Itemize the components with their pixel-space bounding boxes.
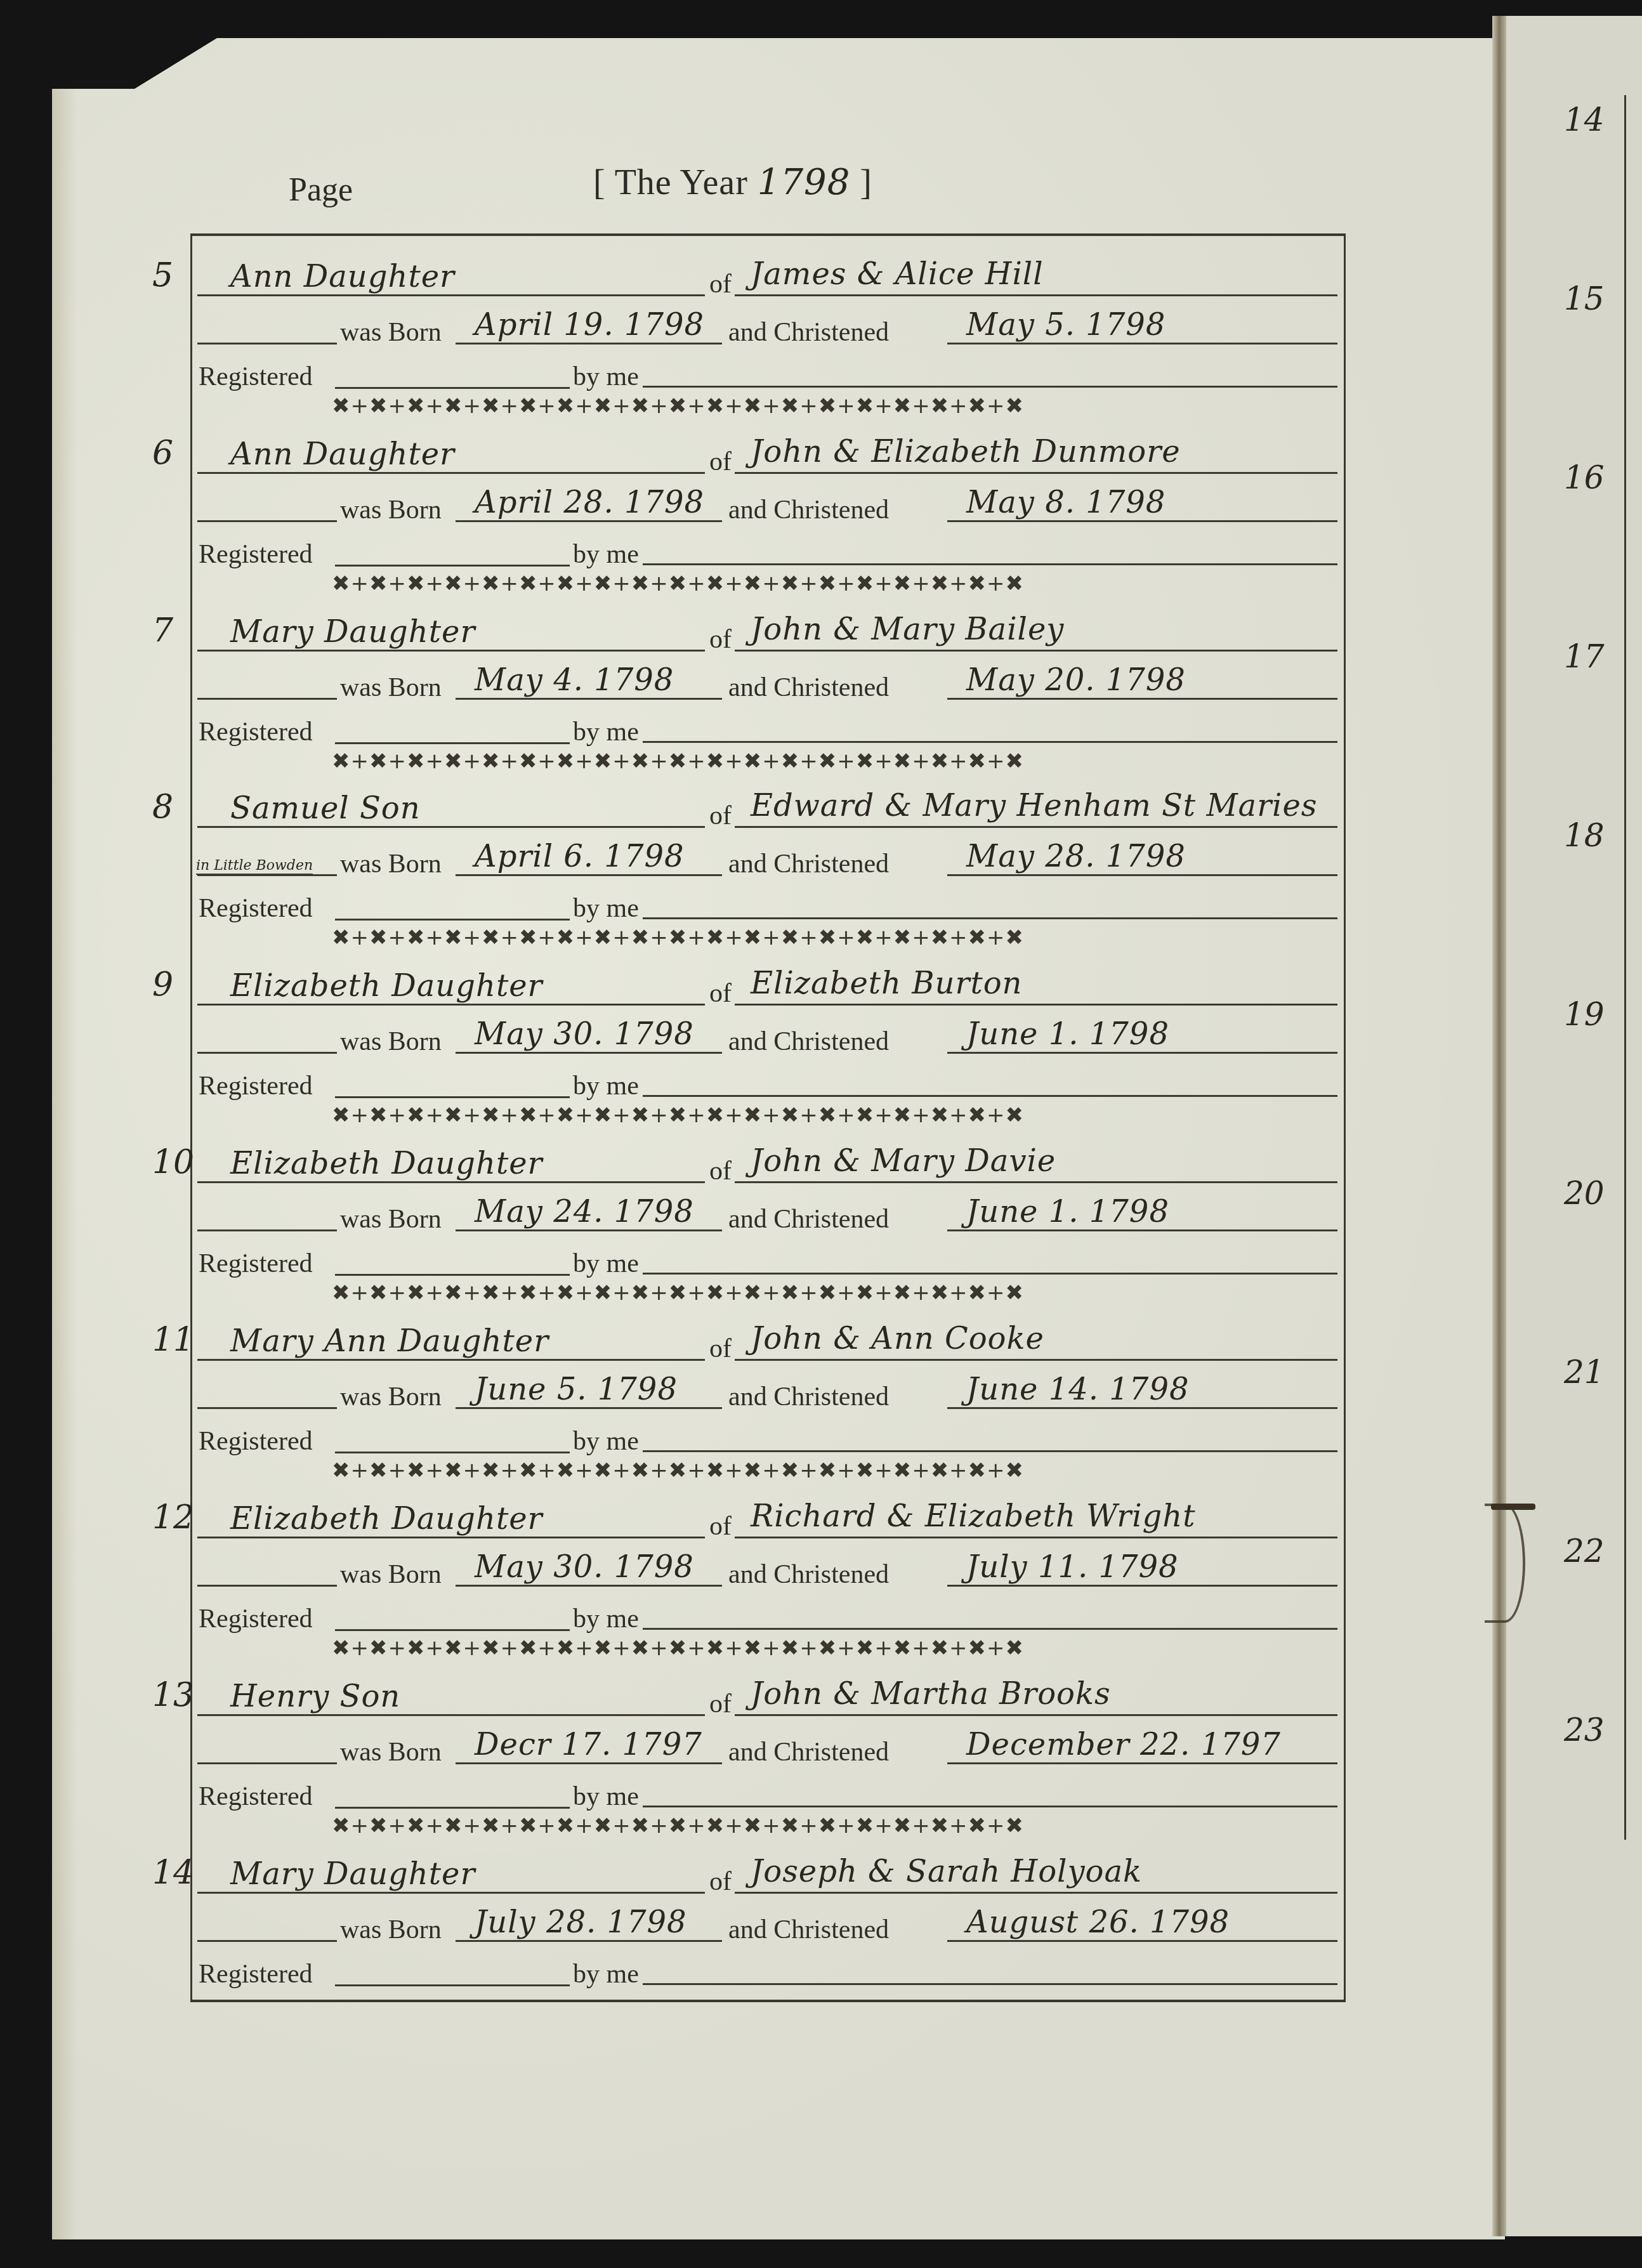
by-me-line bbox=[643, 563, 1337, 565]
registered-label: Registered bbox=[199, 1249, 313, 1279]
child-name: Elizabeth Daughter bbox=[230, 1146, 543, 1181]
christened-label: and Christened bbox=[728, 1737, 889, 1767]
registered-line bbox=[335, 1984, 570, 1986]
parents-name: John & Mary Bailey bbox=[751, 612, 1064, 647]
parents-name: John & Mary Davie bbox=[751, 1143, 1056, 1179]
facing-page-entry-number: 20 bbox=[1564, 1175, 1605, 1212]
register-entry: Ann DaughterofJohn & Elizabeth Dunmorewa… bbox=[192, 414, 1344, 593]
by-me-line bbox=[643, 1806, 1337, 1807]
birth-date: April 6. 1798 bbox=[475, 839, 685, 874]
book-spine bbox=[1492, 16, 1506, 2236]
child-name: Ann Daughter bbox=[230, 436, 455, 472]
christened-label: and Christened bbox=[728, 1382, 889, 1412]
was-born-label: was Born bbox=[340, 1026, 442, 1057]
of-label: of bbox=[709, 624, 732, 655]
parents-name: John & Elizabeth Dunmore bbox=[751, 434, 1181, 469]
registered-line bbox=[335, 565, 570, 567]
facing-page-box-edge bbox=[1624, 95, 1642, 1840]
registered-label: Registered bbox=[199, 362, 313, 392]
by-me-label: by me bbox=[573, 539, 639, 570]
was-born-label: was Born bbox=[340, 1737, 442, 1767]
birth-date: May 4. 1798 bbox=[475, 662, 674, 698]
by-me-line bbox=[643, 1095, 1337, 1097]
child-name: Mary Ann Daughter bbox=[230, 1323, 549, 1359]
christened-label: and Christened bbox=[728, 495, 889, 525]
was-born-label: was Born bbox=[340, 495, 442, 525]
birth-date: May 30. 1798 bbox=[475, 1549, 694, 1585]
facing-page-entry-number: 18 bbox=[1564, 817, 1605, 854]
child-name: Samuel Son bbox=[230, 790, 421, 826]
year-prefix: [ The Year bbox=[593, 163, 748, 202]
birth-date: April 28. 1798 bbox=[475, 485, 704, 520]
christening-date: July 11. 1798 bbox=[966, 1549, 1179, 1585]
birth-date-line bbox=[456, 698, 722, 700]
christening-date: June 1. 1798 bbox=[966, 1016, 1169, 1052]
christened-label: and Christened bbox=[728, 317, 889, 348]
parents-line bbox=[735, 1714, 1337, 1716]
by-me-label: by me bbox=[573, 1781, 639, 1812]
parents-line bbox=[735, 1537, 1337, 1538]
parents-name: Edward & Mary Henham St Maries bbox=[751, 788, 1317, 823]
birth-date-line bbox=[456, 1052, 722, 1054]
child-line bbox=[197, 294, 705, 296]
registered-line bbox=[335, 1274, 570, 1276]
entry-number: 12 bbox=[152, 1498, 194, 1537]
birth-date: June 5. 1798 bbox=[475, 1372, 678, 1407]
by-me-line bbox=[643, 1983, 1337, 1985]
of-label: of bbox=[709, 447, 732, 477]
parents-name: Joseph & Sarah Holyoak bbox=[751, 1854, 1142, 1889]
christening-date-line bbox=[947, 1585, 1337, 1587]
by-me-label: by me bbox=[573, 1959, 639, 1989]
registered-line bbox=[335, 1096, 570, 1098]
of-label: of bbox=[709, 1511, 732, 1542]
christened-label: and Christened bbox=[728, 1026, 889, 1057]
entry-number: 11 bbox=[152, 1321, 194, 1359]
entry-number: 13 bbox=[152, 1676, 194, 1714]
register-entry: Mary Ann DaughterofJohn & Ann Cookewas B… bbox=[192, 1301, 1344, 1479]
facing-page bbox=[1505, 16, 1642, 2236]
birth-date-line bbox=[456, 1229, 722, 1231]
facing-page-entry-number: 14 bbox=[1564, 102, 1605, 138]
registered-label: Registered bbox=[199, 1426, 313, 1457]
prefix-line bbox=[197, 1052, 337, 1054]
christening-date-line bbox=[947, 1762, 1337, 1764]
christened-label: and Christened bbox=[728, 1559, 889, 1590]
christening-date-line bbox=[947, 1940, 1337, 1942]
by-me-label: by me bbox=[573, 1604, 639, 1634]
prefix-line bbox=[197, 520, 337, 522]
parents-line bbox=[735, 1359, 1337, 1361]
facing-page-entry-number: 16 bbox=[1564, 459, 1605, 496]
birth-date-line bbox=[456, 1407, 722, 1409]
birth-date-line bbox=[456, 1940, 722, 1942]
was-born-label: was Born bbox=[340, 1915, 442, 1945]
entry-number: 10 bbox=[152, 1143, 194, 1181]
christening-date: May 5. 1798 bbox=[966, 307, 1166, 343]
parents-line bbox=[735, 1181, 1337, 1183]
christened-label: and Christened bbox=[728, 1915, 889, 1945]
parents-line bbox=[735, 826, 1337, 828]
child-line bbox=[197, 1004, 705, 1006]
parents-name: John & Ann Cooke bbox=[751, 1321, 1044, 1356]
child-name: Mary Daughter bbox=[230, 614, 475, 650]
entry-number: 8 bbox=[152, 788, 173, 826]
register-table: Ann DaughterofJames & Alice Hillwas Born… bbox=[190, 233, 1346, 2002]
child-line bbox=[197, 1359, 705, 1361]
registered-line bbox=[335, 1807, 570, 1809]
binding-thread bbox=[1485, 1504, 1525, 1623]
child-line bbox=[197, 1892, 705, 1894]
birth-date-line bbox=[456, 520, 722, 522]
christening-date: August 26. 1798 bbox=[966, 1904, 1230, 1940]
binding-knot bbox=[1491, 1504, 1535, 1510]
prefix-line bbox=[197, 1940, 337, 1942]
christening-date: May 8. 1798 bbox=[966, 485, 1166, 520]
by-me-label: by me bbox=[573, 717, 639, 747]
by-me-line bbox=[643, 386, 1337, 388]
registered-line bbox=[335, 387, 570, 389]
register-entry: Elizabeth DaughterofElizabeth Burtonwas … bbox=[192, 945, 1344, 1124]
christening-date-line bbox=[947, 698, 1337, 700]
child-name: Ann Daughter bbox=[230, 259, 455, 294]
entry-number: 6 bbox=[152, 434, 173, 472]
was-born-label: was Born bbox=[340, 317, 442, 348]
registered-line bbox=[335, 1629, 570, 1631]
register-entry: Mary DaughterofJohn & Mary Baileywas Bor… bbox=[192, 591, 1344, 770]
registered-label: Registered bbox=[199, 717, 313, 747]
facing-page-entry-number: 21 bbox=[1564, 1354, 1605, 1391]
was-born-label: was Born bbox=[340, 672, 442, 703]
by-me-label: by me bbox=[573, 362, 639, 392]
registered-line bbox=[335, 1452, 570, 1453]
birth-date: April 19. 1798 bbox=[475, 307, 704, 343]
child-line bbox=[197, 650, 705, 652]
parents-name: Richard & Elizabeth Wright bbox=[751, 1498, 1195, 1534]
facing-page-entry-number: 17 bbox=[1564, 638, 1605, 675]
christening-date: June 1. 1798 bbox=[966, 1194, 1169, 1229]
prefix-line bbox=[197, 1229, 337, 1231]
prefix-line bbox=[197, 343, 337, 344]
birth-date-line bbox=[456, 343, 722, 344]
register-entry: Henry SonofJohn & Martha Brookswas BornD… bbox=[192, 1656, 1344, 1835]
facing-page-entry-number: 23 bbox=[1564, 1712, 1605, 1748]
by-me-label: by me bbox=[573, 893, 639, 924]
birth-date: May 24. 1798 bbox=[475, 1194, 694, 1229]
of-label: of bbox=[709, 1334, 732, 1364]
of-label: of bbox=[709, 1866, 732, 1897]
parents-line bbox=[735, 650, 1337, 652]
was-born-label: was Born bbox=[340, 849, 442, 879]
parents-line bbox=[735, 294, 1337, 296]
by-me-line bbox=[643, 1628, 1337, 1630]
christening-date-line bbox=[947, 874, 1337, 876]
by-me-label: by me bbox=[573, 1071, 639, 1101]
christening-date-line bbox=[947, 1052, 1337, 1054]
child-line bbox=[197, 472, 705, 474]
page-title: [ The Year 1798 ] bbox=[593, 162, 872, 203]
entry-number: 7 bbox=[152, 612, 173, 650]
registered-line bbox=[335, 919, 570, 921]
register-entry: Ann DaughterofJames & Alice Hillwas Born… bbox=[192, 236, 1344, 415]
entry-number: 5 bbox=[152, 256, 173, 294]
of-label: of bbox=[709, 269, 732, 299]
was-born-label: was Born bbox=[340, 1204, 442, 1235]
was-born-label: was Born bbox=[340, 1382, 442, 1412]
registered-label: Registered bbox=[199, 1959, 313, 1989]
registered-label: Registered bbox=[199, 1604, 313, 1634]
by-me-line bbox=[643, 1450, 1337, 1452]
of-label: of bbox=[709, 978, 732, 1009]
christened-label: and Christened bbox=[728, 1204, 889, 1235]
register-entry: Elizabeth DaughterofJohn & Mary Daviewas… bbox=[192, 1123, 1344, 1302]
registered-label: Registered bbox=[199, 1071, 313, 1101]
child-name: Elizabeth Daughter bbox=[230, 1501, 543, 1537]
registered-line bbox=[335, 742, 570, 744]
christening-date: May 28. 1798 bbox=[966, 839, 1186, 874]
parents-line bbox=[735, 472, 1337, 474]
margin-note: in Little Bowden bbox=[196, 858, 313, 875]
birth-date-line bbox=[456, 1762, 722, 1764]
facing-page-entry-number: 22 bbox=[1564, 1533, 1605, 1570]
prefix-line bbox=[197, 1585, 337, 1587]
birth-date: May 30. 1798 bbox=[475, 1016, 694, 1052]
prefix-line bbox=[197, 698, 337, 700]
parents-line bbox=[735, 1004, 1337, 1006]
parents-name: John & Martha Brooks bbox=[751, 1676, 1111, 1712]
parents-name: James & Alice Hill bbox=[751, 256, 1043, 292]
christening-date: June 14. 1798 bbox=[966, 1372, 1189, 1407]
of-label: of bbox=[709, 801, 732, 831]
child-name: Elizabeth Daughter bbox=[230, 968, 543, 1004]
of-label: of bbox=[709, 1689, 732, 1719]
register-entry: Samuel SonofEdward & Mary Henham St Mari… bbox=[192, 768, 1344, 947]
child-name: Henry Son bbox=[230, 1679, 400, 1714]
child-line bbox=[197, 1537, 705, 1538]
birth-date-line bbox=[456, 874, 722, 876]
by-me-label: by me bbox=[573, 1249, 639, 1279]
register-entry: Mary DaughterofJoseph & Sarah Holyoakwas… bbox=[192, 1833, 1344, 2012]
child-line bbox=[197, 1181, 705, 1183]
year-suffix: ] bbox=[860, 163, 872, 202]
parents-name: Elizabeth Burton bbox=[751, 966, 1022, 1001]
page-edge-shadow bbox=[52, 89, 77, 2239]
by-me-line bbox=[643, 741, 1337, 743]
entry-number: 9 bbox=[152, 966, 173, 1004]
registered-label: Registered bbox=[199, 539, 313, 570]
entry-number: 14 bbox=[152, 1854, 194, 1892]
child-line bbox=[197, 1714, 705, 1716]
facing-page-entry-number: 15 bbox=[1564, 280, 1605, 317]
birth-date: July 28. 1798 bbox=[475, 1904, 687, 1940]
register-entry: Elizabeth DaughterofRichard & Elizabeth … bbox=[192, 1478, 1344, 1657]
by-me-label: by me bbox=[573, 1426, 639, 1457]
christening-date-line bbox=[947, 1229, 1337, 1231]
child-name: Mary Daughter bbox=[230, 1856, 475, 1892]
by-me-line bbox=[643, 1273, 1337, 1275]
christening-date-line bbox=[947, 1407, 1337, 1409]
birth-date-line bbox=[456, 1585, 722, 1587]
page-label: Page bbox=[289, 171, 353, 209]
christening-date-line bbox=[947, 520, 1337, 522]
birth-date: Decr 17. 1797 bbox=[475, 1727, 702, 1762]
of-label: of bbox=[709, 1156, 732, 1186]
registered-label: Registered bbox=[199, 1781, 313, 1812]
christened-label: and Christened bbox=[728, 849, 889, 879]
year-value: 1798 bbox=[758, 162, 851, 203]
christening-date: May 20. 1798 bbox=[966, 662, 1186, 698]
parents-line bbox=[735, 1892, 1337, 1894]
prefix-line bbox=[197, 1407, 337, 1409]
registered-label: Registered bbox=[199, 893, 313, 924]
by-me-line bbox=[643, 917, 1337, 919]
christening-date-line bbox=[947, 343, 1337, 344]
christened-label: and Christened bbox=[728, 672, 889, 703]
prefix-line bbox=[197, 1762, 337, 1764]
facing-page-entry-number: 19 bbox=[1564, 996, 1605, 1033]
was-born-label: was Born bbox=[340, 1559, 442, 1590]
child-line bbox=[197, 826, 705, 828]
christening-date: December 22. 1797 bbox=[966, 1727, 1281, 1762]
